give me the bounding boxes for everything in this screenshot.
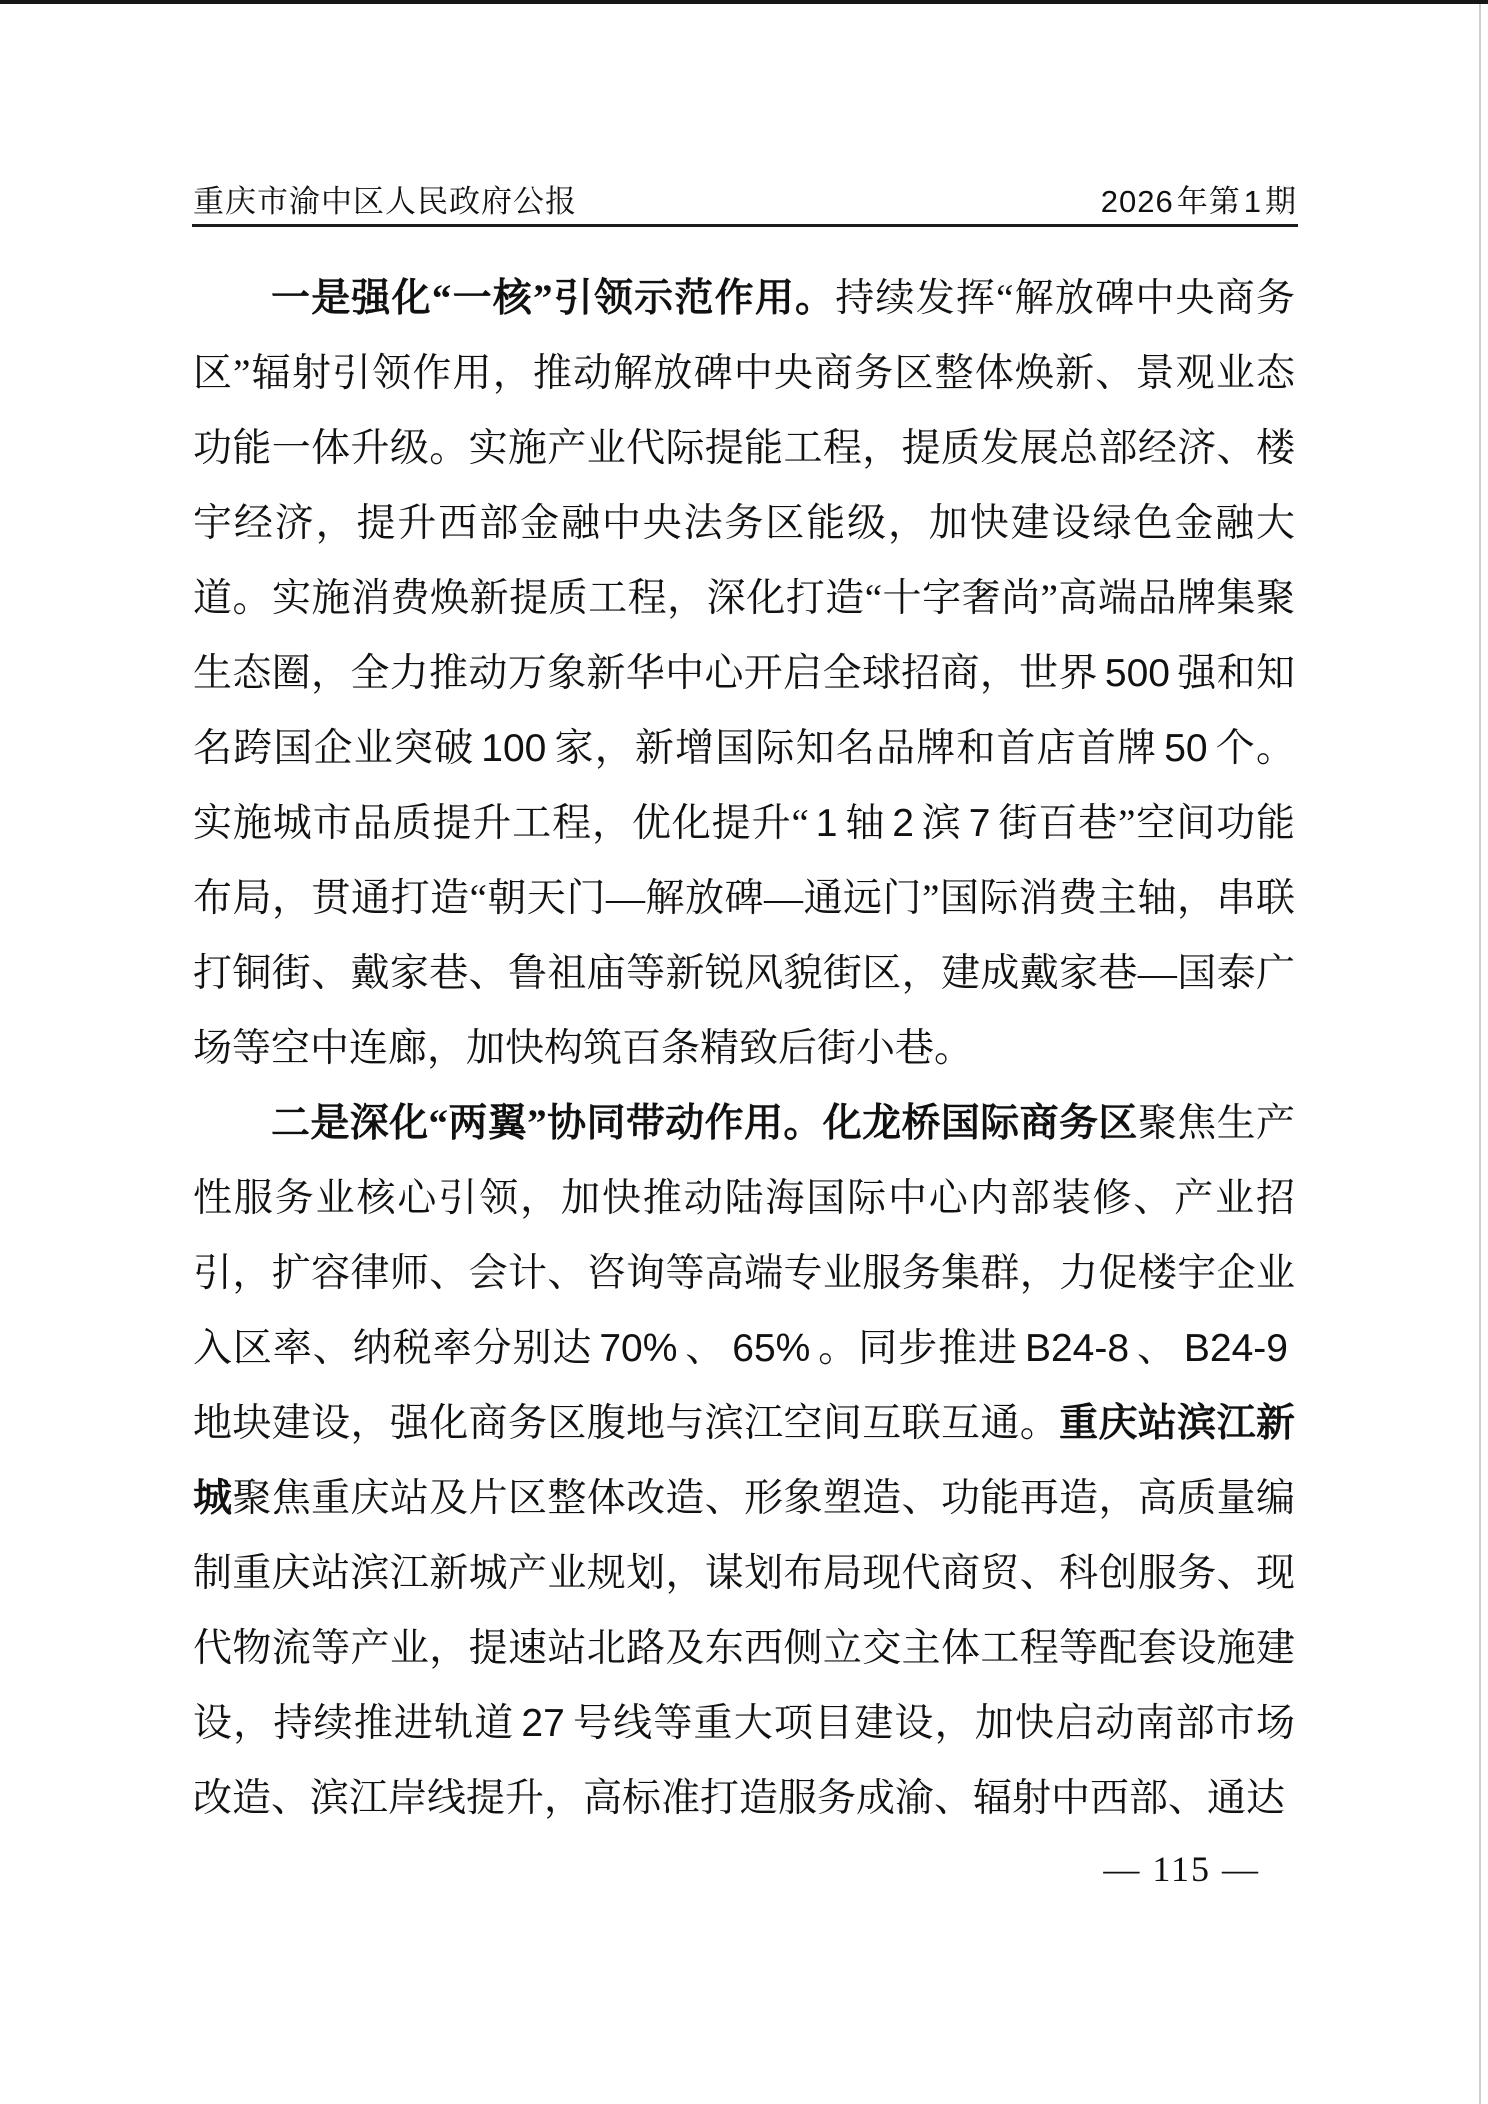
body-text: 持续发挥“解放碑中央商务区”辐射引领作用，推动解放碑中央商务区整体焕新、景观业态…: [193, 277, 1295, 695]
page-number: — 115 —: [1103, 1848, 1260, 1890]
body-text: 地块建设，强化商务区腹地与滨江空间互联互通。: [193, 1402, 1059, 1445]
scan-edge-artifact-right: [1479, 4, 1481, 2104]
numeral-text: B24-8: [1025, 1327, 1129, 1370]
numeral-text: 500: [1105, 652, 1170, 695]
numeral-text: 2026: [1101, 184, 1174, 219]
body-text: 、: [684, 1327, 725, 1370]
paragraph: 一是强化“一核”引领示范作用。持续发挥“解放碑中央商务区”辐射引领作用，推动解放…: [193, 261, 1295, 1086]
body-text: 家，新增国际知名品牌和首店首牌: [553, 727, 1157, 770]
scan-edge-artifact-top: [0, 0, 1488, 4]
numeral-text: 100: [481, 727, 546, 770]
document-body: 一是强化“一核”引领示范作用。持续发挥“解放碑中央商务区”辐射引领作用，推动解放…: [193, 261, 1295, 1836]
numeral-text: 27: [521, 1702, 564, 1745]
body-text: 、: [1136, 1327, 1177, 1370]
body-text: 年第: [1177, 184, 1241, 219]
page-header: 重庆市渝中区人民政府公报 2026年第1期: [193, 176, 1297, 221]
issue-label: 2026年第1期: [1098, 176, 1297, 221]
body-text: 轴: [844, 802, 885, 845]
paragraph: 二是深化“两翼”协同带动作用。化龙桥国际商务区聚焦生产性服务业核心引领，加快推动…: [193, 1086, 1295, 1836]
body-text: 。同步推进: [817, 1327, 1018, 1370]
emphasis-text: 化龙桥国际商务区: [823, 1102, 1138, 1145]
numeral-text: 1: [1244, 184, 1262, 219]
numeral-text: 50: [1164, 727, 1207, 770]
gazette-title: 重庆市渝中区人民政府公报: [193, 176, 577, 221]
numeral-text: 65%: [732, 1327, 810, 1370]
numeral-text: 70%: [599, 1327, 677, 1370]
emphasis-text: 一是强化“一核”引领示范作用。: [271, 277, 835, 320]
numeral-text: 2: [892, 802, 914, 845]
body-text: 滨: [921, 802, 962, 845]
numeral-text: 1: [816, 802, 838, 845]
body-text: 期: [1265, 184, 1297, 219]
emphasis-text: 二是深化“两翼”协同带动作用。: [271, 1102, 823, 1145]
numeral-text: 7: [969, 802, 991, 845]
header-divider: [192, 224, 1298, 227]
numeral-text: B24-9: [1184, 1327, 1288, 1370]
